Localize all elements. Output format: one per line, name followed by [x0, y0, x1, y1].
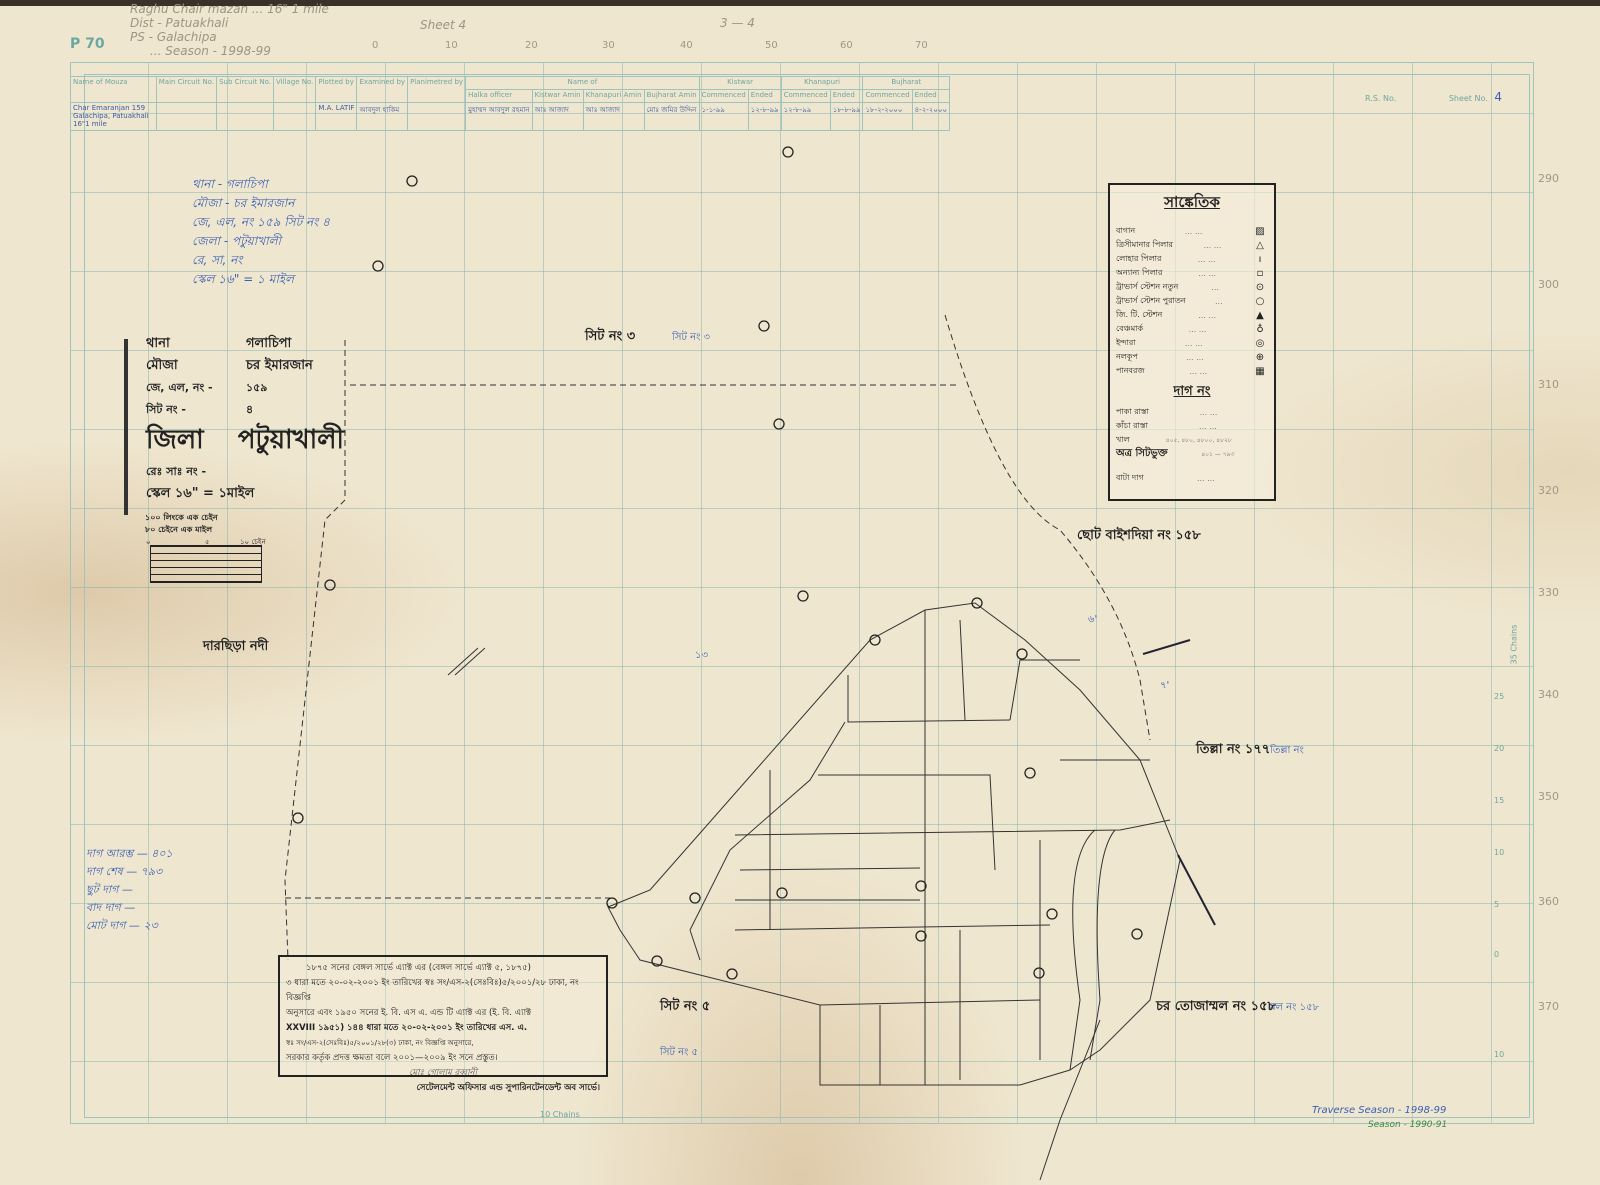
margin-number: 310: [1538, 378, 1559, 391]
margin-number: 330: [1538, 586, 1559, 599]
margin-number: 350: [1538, 790, 1559, 803]
margin-number: 370: [1538, 1000, 1559, 1013]
season-note: Season - 1990-91: [1368, 1120, 1447, 1130]
chain-tick: 25: [1494, 692, 1504, 701]
chain-tick: 10: [1494, 848, 1504, 857]
label-south-mouza-blue: মল নং ১৫৮: [1270, 1000, 1319, 1017]
dag-summary-row: মোট দাগ — ২৩: [86, 917, 173, 935]
dag-summary: দাগ আরম্ভ — ৪০১ দাগ শেষ — ৭৯৩ ছুট দাগ — …: [86, 845, 173, 935]
label-north-mouza: ছোট বাইশদিয়া নং ১৫৮: [1077, 526, 1201, 547]
blue-mark: ৬': [1088, 612, 1097, 629]
chain-tick: 10: [1494, 1050, 1504, 1059]
chains-label: 35 Chains: [1509, 625, 1518, 665]
traverse-note: Traverse Season - 1998-99: [1312, 1105, 1446, 1116]
chain-tick: 0: [1494, 950, 1499, 959]
chain-tick: 20: [1494, 744, 1504, 753]
dag-summary-row: দাগ শেষ — ৭৯৩: [86, 863, 173, 881]
cadastral-map-sheet: P 70 Raghu Chair mazan ... 16" 1 mile Di…: [0, 0, 1600, 1185]
label-sheet-5-blue: সিট নং ৫: [660, 1045, 698, 1062]
label-sheet-3-blue: সিট নং ৩: [672, 330, 710, 347]
label-sheet-5: সিট নং ৫: [660, 997, 710, 1018]
label-river: দারছিড়া নদী: [203, 637, 268, 658]
label-east-mouza-blue: তিল্লা নং: [1270, 743, 1304, 760]
label-east-mouza: তিল্লা নং ১৭৭: [1196, 740, 1270, 761]
signature: মোঃ গোলাম রব্বানী: [286, 1066, 600, 1081]
blue-mark: ১৩: [695, 648, 708, 665]
chain-tick: 15: [1494, 796, 1504, 805]
margin-number: 320: [1538, 484, 1559, 497]
label-sheet-3: সিট নং ৩: [585, 327, 635, 348]
margin-number: 360: [1538, 895, 1559, 908]
margin-number: 290: [1538, 172, 1559, 185]
blue-mark: ৭': [1160, 678, 1169, 695]
certificate-box: ১৮৭৫ সনের বেঙ্গল সার্ভে এ্যাক্ট এর (বেঙ্…: [278, 955, 608, 1077]
dag-summary-row: বাদ দাগ —: [86, 899, 173, 917]
chains-bottom-label: 10 Chains: [540, 1110, 580, 1119]
dag-summary-row: দাগ আরম্ভ — ৪০১: [86, 845, 173, 863]
dag-summary-row: ছুট দাগ —: [86, 881, 173, 899]
margin-number: 300: [1538, 278, 1559, 291]
chain-tick: 5: [1494, 900, 1499, 909]
margin-number: 340: [1538, 688, 1559, 701]
parcel-map: [0, 0, 1600, 1185]
label-south-mouza: চর তোজাম্মল নং ১৫৮: [1156, 997, 1276, 1018]
